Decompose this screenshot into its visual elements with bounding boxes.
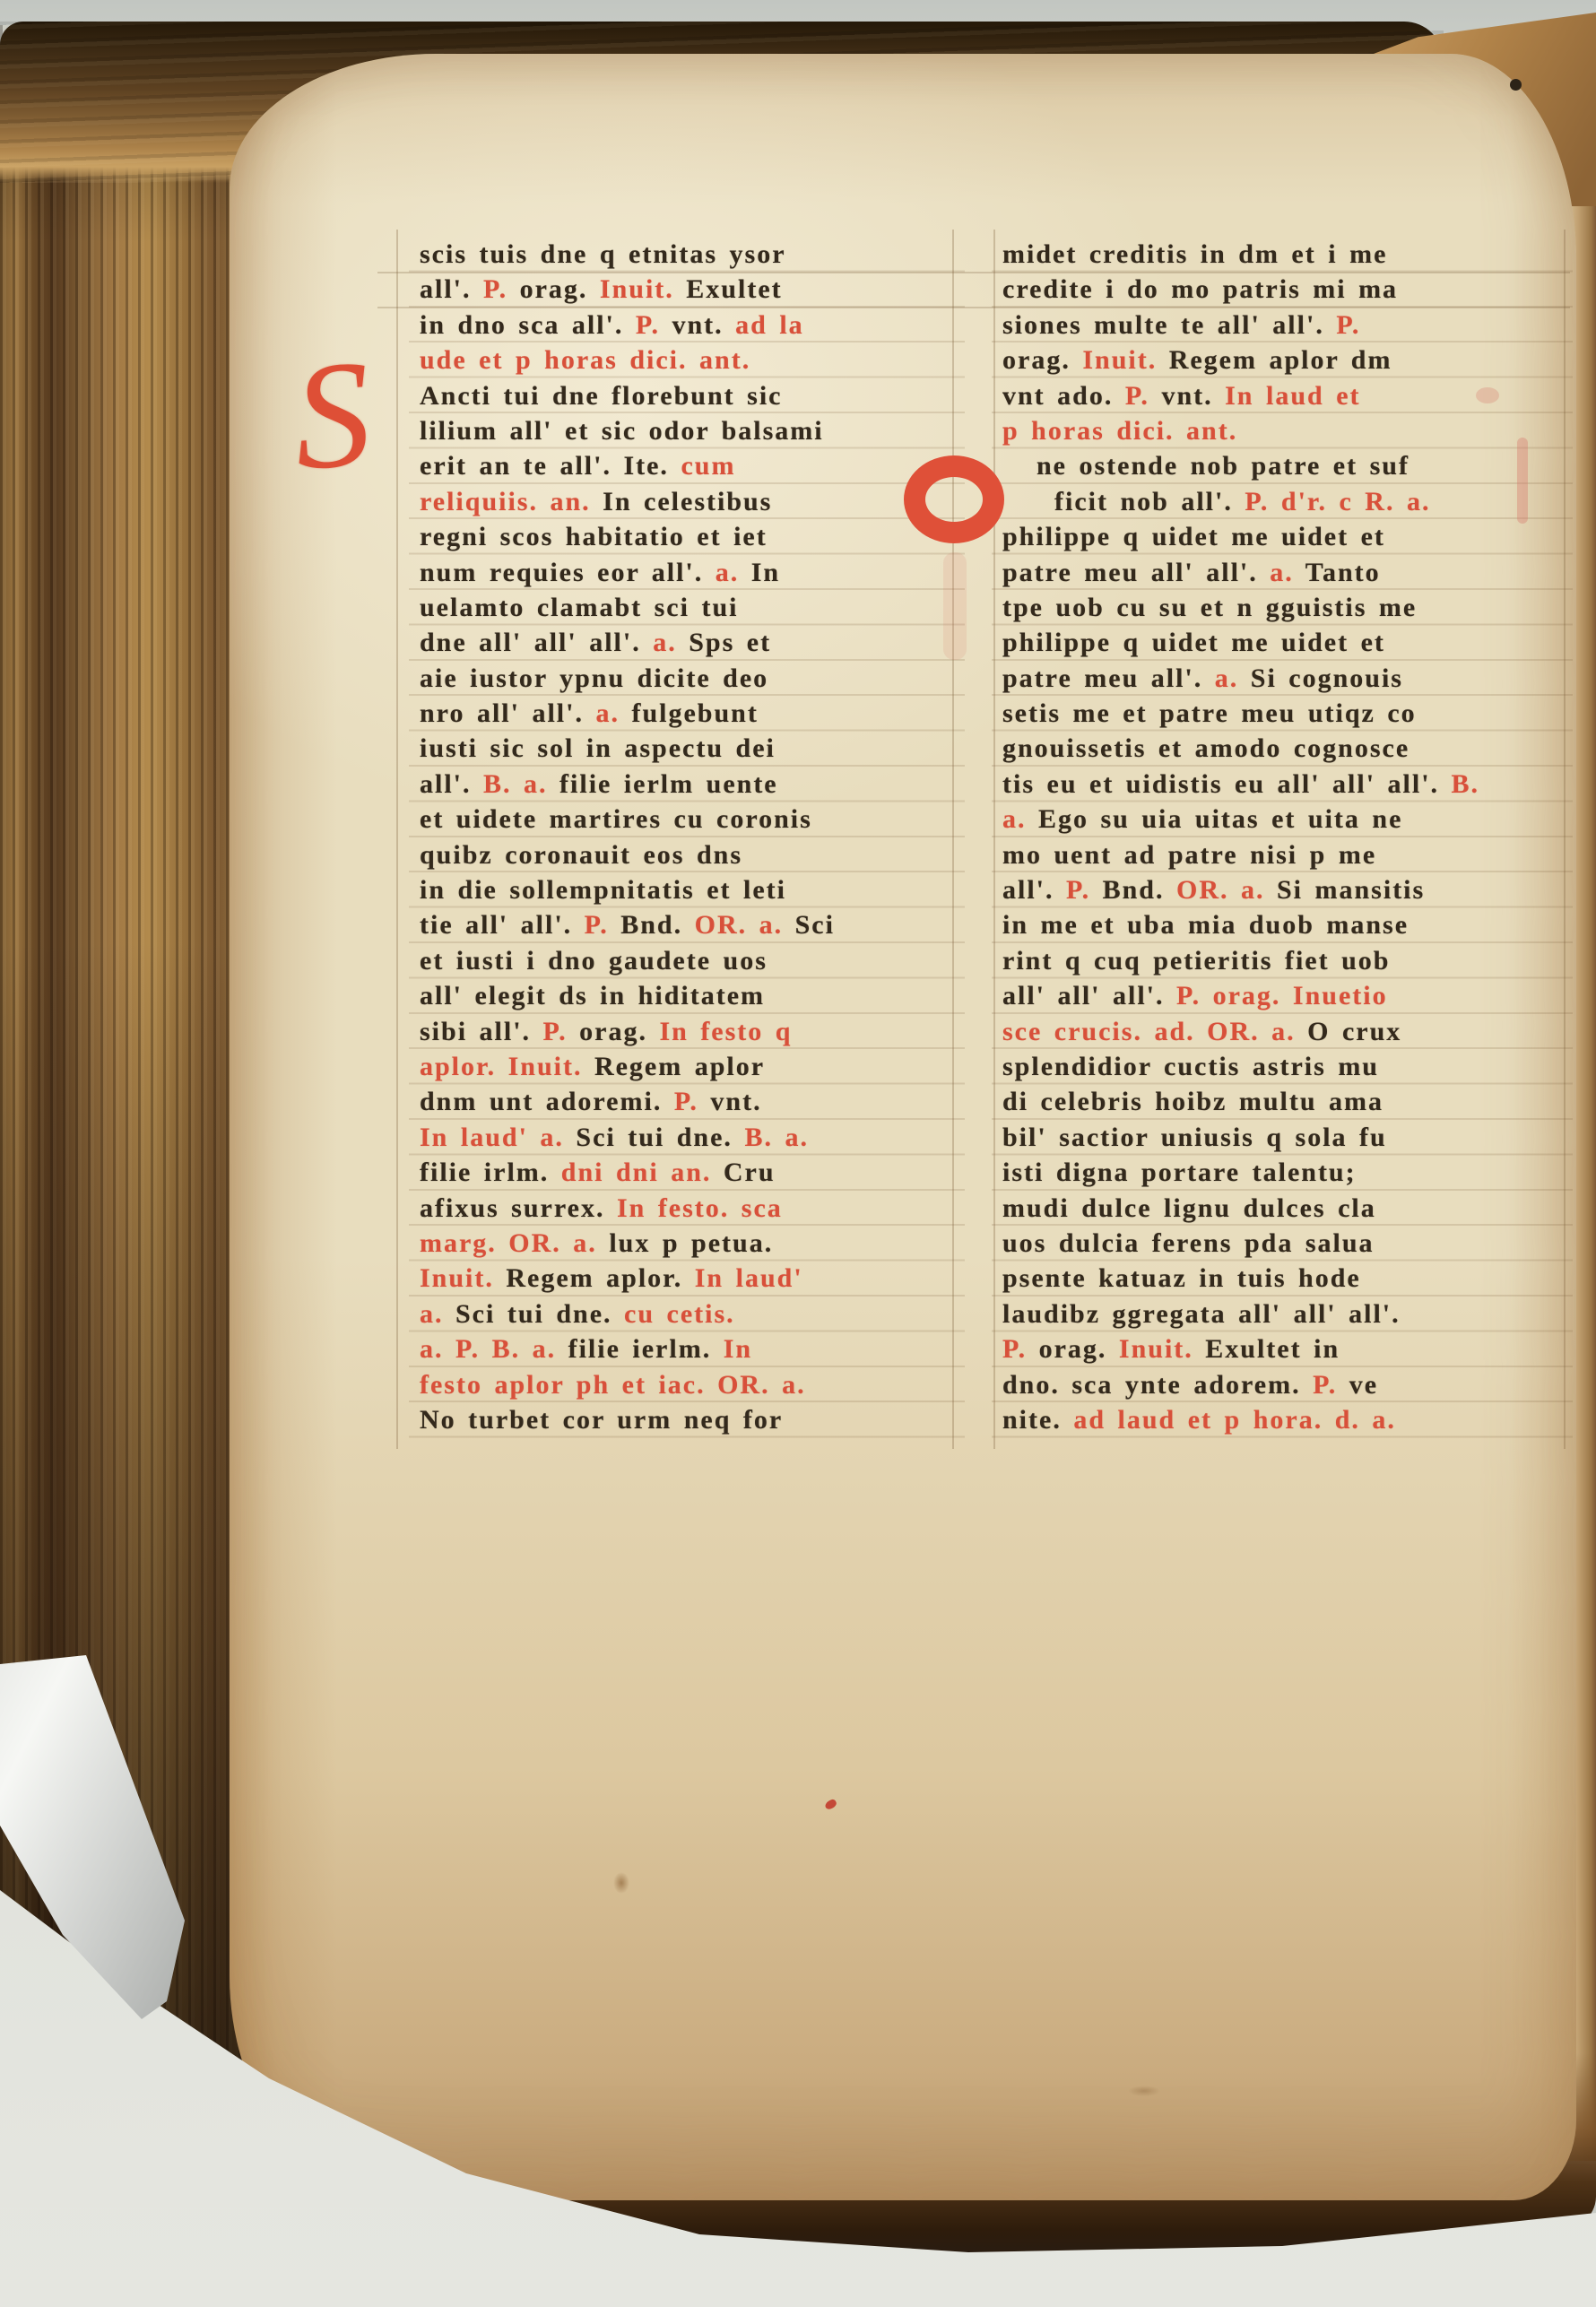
rubric-text: P. d'r. c R. a.	[1245, 487, 1430, 516]
text-line: orag. Inuit. Regem aplor dm	[1002, 343, 1566, 377]
body-text: uelamto clamabt sci tui	[420, 593, 738, 622]
rubric-text: B. a.	[744, 1123, 809, 1152]
body-text: patre meu all' all'.	[1002, 558, 1270, 587]
rubric-text: a.	[420, 1299, 455, 1329]
text-line: all' elegit ds in hiditatem	[420, 978, 954, 1013]
rubric-text: festo aplor ph et iac. OR. a.	[420, 1370, 806, 1400]
body-text: Regem aplor	[594, 1052, 765, 1081]
text-line: dno. sca ynte adorem. P. ve	[1002, 1367, 1566, 1402]
text-line: ne ostende nob patre et suf	[1002, 448, 1566, 483]
rubric-text: B. a.	[483, 769, 559, 799]
rubric-text: P.	[1336, 310, 1360, 340]
text-line: nro all' all'. a. fulgebunt	[420, 696, 954, 731]
rubric-text: Inuit.	[600, 274, 686, 304]
body-text: all' elegit ds in hiditatem	[420, 981, 765, 1010]
show-through-mark	[1517, 438, 1528, 524]
body-text: Regem aplor.	[506, 1263, 694, 1293]
rubric-text: P.	[585, 910, 621, 940]
rubric-text: reliquiis. an.	[420, 487, 603, 516]
text-line: et uidete martires cu coronis	[420, 802, 954, 837]
body-text: rint q cuq petieritis fiet uob	[1002, 946, 1391, 976]
text-line: isti digna portare talentu;	[1002, 1155, 1566, 1190]
body-text: uos dulcia ferens pda salua	[1002, 1228, 1375, 1258]
parchment-stain	[613, 1872, 629, 1894]
text-line: uos dulcia ferens pda salua	[1002, 1226, 1566, 1261]
body-text: orag.	[579, 1017, 659, 1046]
rubric-text: P.	[636, 310, 672, 340]
body-text: lux p petua.	[609, 1228, 773, 1258]
text-line: lilium all' et sic odor balsami	[420, 413, 954, 448]
text-line: quibz coronauit eos dns	[420, 837, 954, 872]
body-text: lilium all' et sic odor balsami	[420, 416, 824, 446]
body-text: sibi all'.	[420, 1017, 543, 1046]
rubric-text: P.	[1313, 1370, 1349, 1400]
text-line: credite i do mo patris mi ma	[1002, 272, 1566, 307]
body-text: Sps et	[689, 628, 771, 657]
text-line: patre meu all' all'. a. Tanto	[1002, 555, 1566, 590]
rubric-text: P.	[1002, 1334, 1039, 1364]
body-text: vnt.	[672, 310, 735, 340]
rubric-text: p horas dici. ant.	[1002, 416, 1237, 446]
body-text: ficit nob all'.	[1054, 487, 1245, 516]
body-text: vnt.	[1161, 381, 1225, 411]
text-line: sce crucis. ad. OR. a. O crux	[1002, 1014, 1566, 1049]
body-text: ve	[1349, 1370, 1378, 1400]
text-line: Inuit. Regem aplor. In laud'	[420, 1261, 954, 1296]
text-line: psente katuaz in tuis hode	[1002, 1261, 1566, 1296]
rubric-text: a.	[1002, 804, 1038, 834]
body-text: in me et uba mia duob manse	[1002, 910, 1409, 940]
body-text: Exultet	[686, 274, 782, 304]
text-line: patre meu all'. a. Si cognouis	[1002, 661, 1566, 696]
text-line: aie iustor ypnu dicite deo	[420, 661, 954, 696]
text-line: festo aplor ph et iac. OR. a.	[420, 1367, 954, 1402]
body-text: filie ierlm.	[568, 1334, 724, 1364]
body-text: vnt ado.	[1002, 381, 1125, 411]
show-through-mark	[1476, 387, 1499, 403]
body-text: Ancti tui dne florebunt sic	[420, 381, 782, 411]
text-line: all' all' all'. P. orag. Inuetio	[1002, 978, 1566, 1013]
rubric-text: OR. a.	[1176, 875, 1277, 905]
rubric-text: Inuit.	[1082, 345, 1168, 375]
rubric-text: a.	[1215, 663, 1251, 693]
body-text: all'.	[420, 274, 483, 304]
body-text: et uidete martires cu coronis	[420, 804, 812, 834]
body-text: quibz coronauit eos dns	[420, 840, 742, 870]
text-line: aplor. Inuit. Regem aplor	[420, 1049, 954, 1084]
body-text: dnm unt adoremi.	[420, 1087, 674, 1116]
rubric-text: dni dni an.	[561, 1158, 724, 1187]
text-line: a. Sci tui dne. cu cetis.	[420, 1297, 954, 1331]
text-column-left: scis tuis dne q etnitas ysorall'. P. ora…	[420, 237, 954, 1437]
rubric-text: a.	[716, 558, 751, 587]
rubric-text: P. orag. Inuetio	[1176, 981, 1388, 1010]
text-line: afixus surrex. In festo. sca	[420, 1191, 954, 1226]
text-line: num requies eor all'. a. In	[420, 555, 954, 590]
body-text: orag.	[1002, 345, 1082, 375]
body-text: aie iustor ypnu dicite deo	[420, 663, 768, 693]
rubric-text: P.	[1125, 381, 1162, 411]
rubric-text: OR. a.	[695, 910, 795, 940]
body-text: In	[751, 558, 780, 587]
body-text: setis me et patre meu utiqz co	[1002, 698, 1417, 728]
text-line: philippe q uidet me uidet et	[1002, 625, 1566, 660]
body-text: orag.	[520, 274, 600, 304]
body-text: tpe uob cu su et n gguistis me	[1002, 593, 1417, 622]
body-text: Sci tui dne.	[576, 1123, 744, 1152]
body-text: in dno sca all'.	[420, 310, 636, 340]
rubric-text: P.	[1066, 875, 1103, 905]
body-text: et iusti i dno gaudete uos	[420, 946, 768, 976]
body-text: tie all' all'.	[420, 910, 585, 940]
rubric-text: B.	[1452, 769, 1480, 799]
text-line: In laud' a. Sci tui dne. B. a.	[420, 1120, 954, 1155]
text-line: dnm unt adoremi. P. vnt.	[420, 1084, 954, 1119]
body-text: all' all' all'.	[1002, 981, 1176, 1010]
rubric-text: Inuit.	[1119, 1334, 1205, 1364]
body-text: fulgebunt	[631, 698, 758, 728]
rubric-text: a.	[1270, 558, 1305, 587]
rubric-text: In festo. sca	[617, 1193, 783, 1223]
body-text: patre meu all'.	[1002, 663, 1215, 693]
body-text: mo uent ad patre nisi p me	[1002, 840, 1376, 870]
text-line: nite. ad laud et p hora. d. a.	[1002, 1402, 1566, 1437]
body-text: nite.	[1002, 1405, 1073, 1435]
rubric-text: marg. OR. a.	[420, 1228, 609, 1258]
text-line: reliquiis. an. In celestibus	[420, 484, 954, 519]
body-text: laudibz ggregata all' all' all'.	[1002, 1299, 1401, 1329]
body-text: scis tuis dne q etnitas ysor	[420, 239, 786, 269]
text-line: laudibz ggregata all' all' all'.	[1002, 1297, 1566, 1331]
rubric-text: cu cetis.	[624, 1299, 735, 1329]
rubric-text: In	[724, 1334, 752, 1364]
body-text: filie irlm.	[420, 1158, 561, 1187]
body-text: dne all' all' all'.	[420, 628, 653, 657]
text-line: scis tuis dne q etnitas ysor	[420, 237, 954, 272]
text-line: erit an te all'. Ite. cum	[420, 448, 954, 483]
body-text: dno. sca ynte adorem.	[1002, 1370, 1313, 1400]
wormhole-dot	[1510, 79, 1522, 91]
text-line: tis eu et uidistis eu all' all' all'. B.	[1002, 767, 1566, 802]
body-text: No turbet cor urm neq for	[420, 1405, 783, 1435]
text-line: rint q cuq petieritis fiet uob	[1002, 943, 1566, 978]
body-text: Bnd.	[1103, 875, 1176, 905]
body-text: gnouissetis et amodo cognosce	[1002, 733, 1410, 763]
rubric-text: In festo q	[659, 1017, 792, 1046]
body-text: Bnd.	[620, 910, 694, 940]
body-text: in die sollempnitatis et leti	[420, 875, 786, 905]
rubric-text: P.	[483, 274, 520, 304]
text-line: a. Ego su uia uitas et uita ne	[1002, 802, 1566, 837]
body-text: In celestibus	[603, 487, 772, 516]
ruled-vertical-line	[396, 230, 398, 1449]
rubric-text: ad laud et p hora. d. a.	[1073, 1405, 1396, 1435]
body-text: nro all' all'.	[420, 698, 595, 728]
body-text: Sci tui dne.	[455, 1299, 624, 1329]
body-text: mudi dulce lignu dulces cla	[1002, 1193, 1376, 1223]
show-through-mark	[943, 552, 967, 660]
body-text: midet creditis in dm et i me	[1002, 239, 1387, 269]
text-line: et iusti i dno gaudete uos	[420, 943, 954, 978]
body-text: Ego su uia uitas et uita ne	[1038, 804, 1402, 834]
manuscript-page: S D scis tuis dne q etnitas ysorall'. P.…	[230, 54, 1576, 2200]
illuminated-initial-S: S	[289, 336, 376, 494]
text-line: di celebris hoibz multu ama	[1002, 1084, 1566, 1119]
text-line: splendidior cuctis astris mu	[1002, 1049, 1566, 1084]
manuscript-photo: S D scis tuis dne q etnitas ysorall'. P.…	[0, 0, 1596, 2307]
body-text: erit an te all'. Ite.	[420, 451, 681, 481]
rubric-text: a. P. B. a.	[420, 1334, 568, 1364]
rubric-text: cum	[681, 451, 735, 481]
body-text: num requies eor all'.	[420, 558, 716, 587]
red-ink-speck	[824, 1798, 838, 1810]
text-line: all'. B. a. filie ierlm uente	[420, 767, 954, 802]
rubric-text: sce crucis. ad. OR. a.	[1002, 1017, 1307, 1046]
text-line: tie all' all'. P. Bnd. OR. a. Sci	[420, 907, 954, 942]
rubric-text: In laud' a.	[420, 1123, 576, 1152]
body-text: vnt.	[710, 1087, 761, 1116]
text-line: mudi dulce lignu dulces cla	[1002, 1191, 1566, 1226]
rubric-text: ad la	[735, 310, 804, 340]
body-text: philippe q uidet me uidet et	[1002, 522, 1385, 551]
body-text: credite i do mo patris mi ma	[1002, 274, 1398, 304]
body-text: all'.	[420, 769, 483, 799]
text-line: filie irlm. dni dni an. Cru	[420, 1155, 954, 1190]
body-text: regni scos habitatio et iet	[420, 522, 768, 551]
body-text: bil' sactior uniusis q sola fu	[1002, 1123, 1387, 1152]
body-text: iusti sic sol in aspectu dei	[420, 733, 776, 763]
body-text: afixus surrex.	[420, 1193, 617, 1223]
text-line: all'. P. Bnd. OR. a. Si mansitis	[1002, 872, 1566, 907]
body-text: Tanto	[1305, 558, 1381, 587]
rubric-text: P.	[543, 1017, 580, 1046]
body-text: filie ierlm uente	[559, 769, 778, 799]
body-text: siones multe te all' all'.	[1002, 310, 1336, 340]
body-text: philippe q uidet me uidet et	[1002, 628, 1385, 657]
body-text: Sci	[795, 910, 835, 940]
body-text: Regem aplor dm	[1169, 345, 1392, 375]
text-line: ude et p horas dici. ant.	[420, 343, 954, 377]
text-line: iusti sic sol in aspectu dei	[420, 731, 954, 766]
body-text: splendidior cuctis astris mu	[1002, 1052, 1379, 1081]
text-line: No turbet cor urm neq for	[420, 1402, 954, 1437]
text-line: regni scos habitatio et iet	[420, 519, 954, 554]
text-line: dne all' all' all'. a. Sps et	[420, 625, 954, 660]
body-text: isti digna portare talentu;	[1002, 1158, 1357, 1187]
body-text: psente katuaz in tuis hode	[1002, 1263, 1361, 1293]
text-line: uelamto clamabt sci tui	[420, 590, 954, 625]
rubric-text: ude et p horas dici. ant.	[420, 345, 750, 375]
body-text: O crux	[1307, 1017, 1401, 1046]
text-line: in me et uba mia duob manse	[1002, 907, 1566, 942]
ruled-vertical-line	[993, 230, 995, 1449]
text-line: gnouissetis et amodo cognosce	[1002, 731, 1566, 766]
text-line: P. orag. Inuit. Exultet in	[1002, 1331, 1566, 1366]
text-line: p horas dici. ant.	[1002, 413, 1566, 448]
rubric-text: In laud et	[1225, 381, 1360, 411]
text-line: midet creditis in dm et i me	[1002, 237, 1566, 272]
rubric-text: a.	[595, 698, 631, 728]
text-line: siones multe te all' all'. P.	[1002, 308, 1566, 343]
text-line: ficit nob all'. P. d'r. c R. a.	[1002, 484, 1566, 519]
body-text: tis eu et uidistis eu all' all' all'.	[1002, 769, 1452, 799]
rubric-text: In laud'	[695, 1263, 803, 1293]
text-column-right: midet creditis in dm et i mecredite i do…	[1002, 237, 1566, 1437]
text-line: marg. OR. a. lux p petua.	[420, 1226, 954, 1261]
rubric-text: Inuit.	[420, 1263, 506, 1293]
text-line: bil' sactior uniusis q sola fu	[1002, 1120, 1566, 1155]
rubric-text: aplor. Inuit.	[420, 1052, 594, 1081]
rubric-text: P.	[674, 1087, 711, 1116]
rubric-text: a.	[653, 628, 689, 657]
text-line: philippe q uidet me uidet et	[1002, 519, 1566, 554]
text-line: tpe uob cu su et n gguistis me	[1002, 590, 1566, 625]
body-text: Exultet in	[1205, 1334, 1340, 1364]
body-text: Si mansitis	[1277, 875, 1425, 905]
text-line: mo uent ad patre nisi p me	[1002, 837, 1566, 872]
body-text: all'.	[1002, 875, 1066, 905]
text-line: all'. P. orag. Inuit. Exultet	[420, 272, 954, 307]
text-line: in dno sca all'. P. vnt. ad la	[420, 308, 954, 343]
body-text: Si cognouis	[1251, 663, 1403, 693]
text-line: a. P. B. a. filie ierlm. In	[420, 1331, 954, 1366]
body-text: di celebris hoibz multu ama	[1002, 1087, 1383, 1116]
text-line: setis me et patre meu utiqz co	[1002, 696, 1566, 731]
text-line: Ancti tui dne florebunt sic	[420, 378, 954, 413]
body-text: ne ostende nob patre et suf	[1037, 451, 1410, 481]
text-line: sibi all'. P. orag. In festo q	[420, 1014, 954, 1049]
parchment-stain	[1128, 2086, 1160, 2096]
text-line: in die sollempnitatis et leti	[420, 872, 954, 907]
body-text: orag.	[1039, 1334, 1119, 1364]
body-text: Cru	[724, 1158, 776, 1187]
